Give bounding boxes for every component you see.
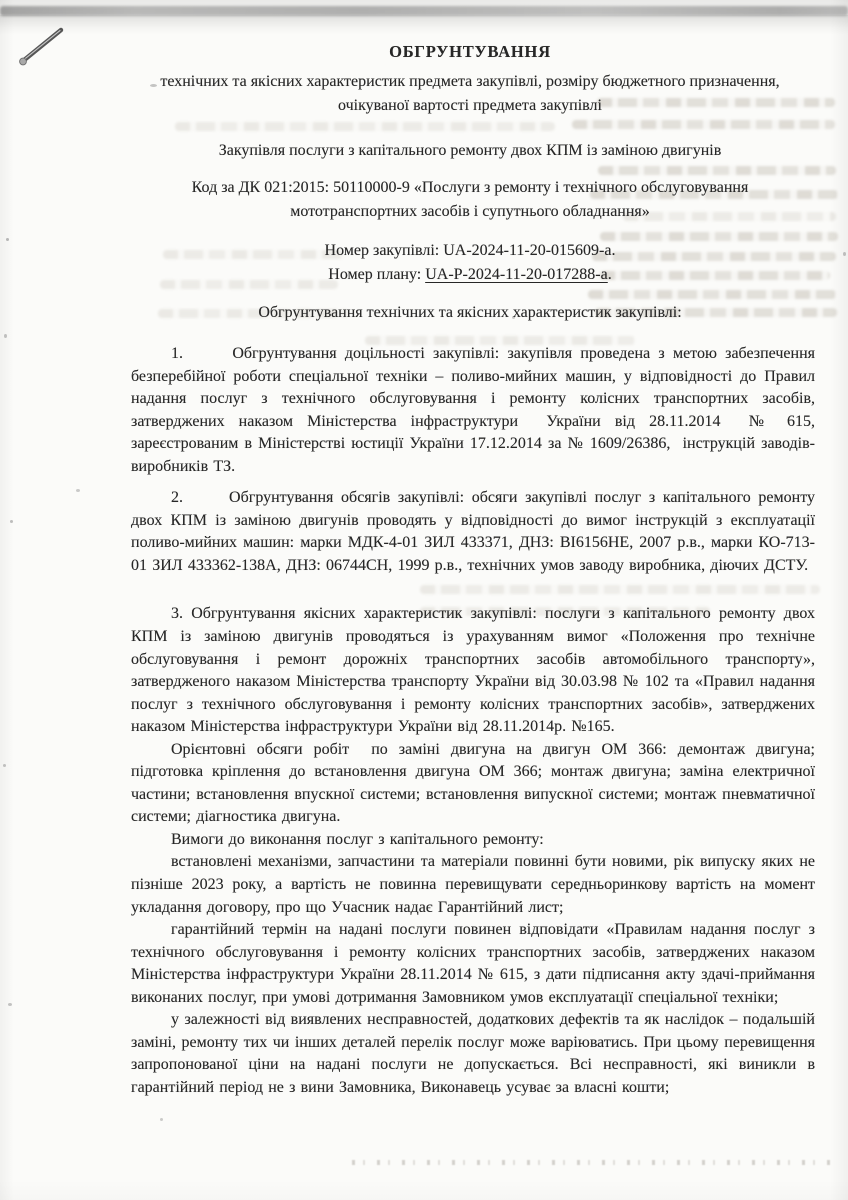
document-title: ОБГРУНТУВАННЯ	[90, 40, 848, 64]
document-body: 1. Обгрунтування доцільності закупівлі: …	[131, 343, 815, 1100]
pen-scratch-mark	[12, 22, 76, 98]
scan-speck	[10, 520, 13, 523]
paragraph-7-warranty-requirement: гарантійний термін на надані послуги пов…	[131, 919, 815, 1009]
scan-speck	[3, 764, 6, 767]
dk-code-line-2: мототранспортних засобів і супутнього об…	[90, 200, 848, 224]
dk-code-line-1: Код за ДК 021:2015: 50110000-9 «Послуги …	[90, 176, 848, 200]
paragraph-3-justification-quality: 3. Обгрунтування якісних характеристик з…	[131, 603, 815, 738]
bleed-through-artifact	[572, 120, 835, 129]
plan-number-underlined: UA-P-2024-11-20-017288-а	[425, 266, 607, 283]
procurement-number-line: Номер закупівлі: UA-2024-11-20-015609-а.	[90, 239, 848, 263]
plan-number-line: Номер плану: UA-P-2024-11-20-017288-а.	[90, 263, 848, 287]
section-heading: Обгрунтування технічних та якісних харак…	[90, 301, 848, 325]
scan-top-band	[0, 6, 848, 16]
paragraph-8-defects-clause: у залежності від виявлених несправностей…	[131, 1009, 815, 1099]
scan-speck	[6, 238, 9, 241]
paragraph-5-requirements-heading: Вимоги до виконання послуг з капітальног…	[131, 829, 815, 852]
paragraph-4-estimated-works: Орієнтовні обсяги робіт по заміні двигун…	[131, 739, 815, 829]
plan-number-label: Номер плану:	[328, 266, 425, 283]
procurement-subject: Закупівля послуги з капітального ремонту…	[90, 139, 848, 163]
scan-speck	[8, 1003, 12, 1006]
document-subtitle-line-2: очікуваної вартості предмета закупівлі	[90, 94, 848, 118]
scanned-page: { "colors": { "paper": "#fbfbf9", "ink":…	[0, 0, 848, 1200]
scan-speck	[160, 1118, 163, 1121]
bleed-through-artifact	[175, 122, 555, 131]
bleed-through-artifact	[598, 166, 836, 175]
paragraph-6-new-parts-requirement: встановлені механізми, запчастини та мат…	[131, 851, 815, 919]
scan-speck	[4, 334, 7, 338]
scan-speck	[76, 489, 80, 492]
bleed-through-artifact	[588, 290, 836, 299]
document-subtitle-line-1: технічних та якісних характеристик предм…	[90, 70, 848, 94]
plan-number-tail: .	[608, 266, 612, 283]
bleed-through-artifact	[352, 1160, 830, 1165]
paragraph-2-justification-volumes: 2. Обгрунтування обсягів закупівлі: обся…	[131, 487, 815, 577]
paragraph-1-justification-expediency: 1. Обгрунтування доцільності закупівлі: …	[131, 343, 815, 478]
scan-top-fade	[0, 15, 848, 35]
